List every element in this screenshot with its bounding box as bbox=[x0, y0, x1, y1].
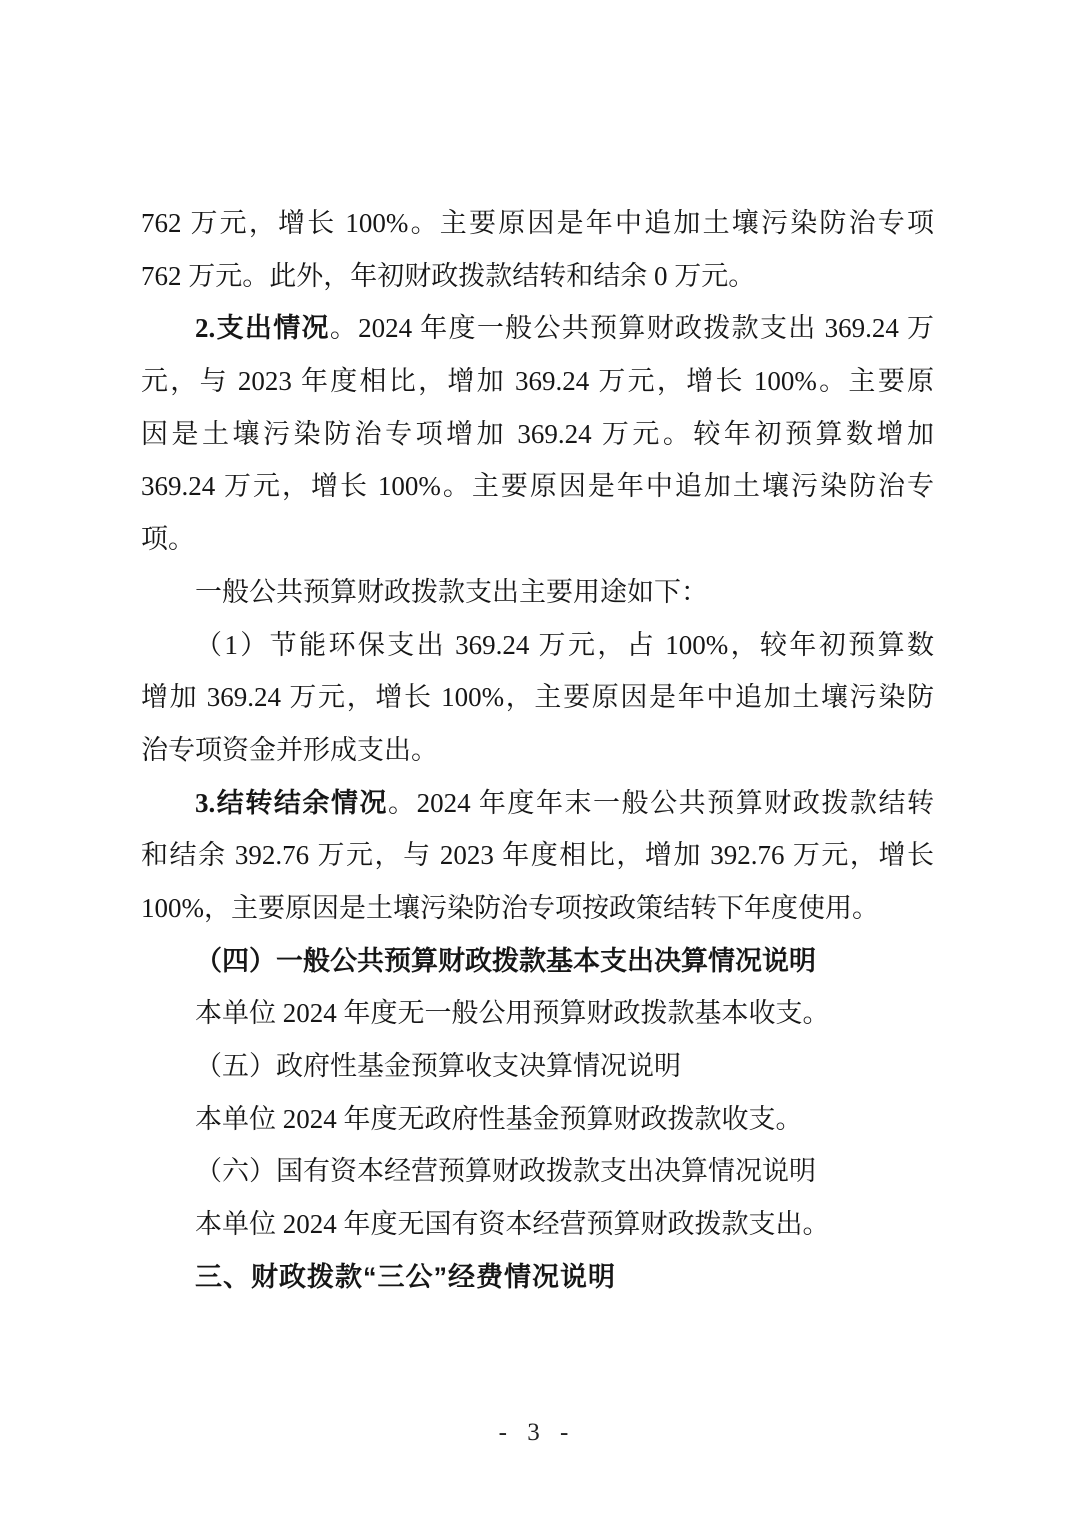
body-line: 因是土壤污染防治专项增加 369.24 万元。较年初预算数增加 bbox=[141, 408, 934, 461]
body-line-text: 。2024 年度一般公共预算财政拨款支出 369.24 万 bbox=[330, 313, 934, 343]
section-heading-5: （五）政府性基金预算收支决算情况说明 bbox=[141, 1040, 934, 1093]
body-line: 元，与 2023 年度相比，增加 369.24 万元，增长 100%。主要原 bbox=[141, 355, 934, 408]
body-line: 762 万元，增长 100%。主要原因是年中追加土壤污染防治专项 bbox=[141, 197, 934, 250]
body-line: 100%，主要原因是土壤污染防治专项按政策结转下年度使用。 bbox=[141, 882, 934, 935]
body-line: 369.24 万元，增长 100%。主要原因是年中追加土壤污染防治专 bbox=[141, 460, 934, 513]
body-line: 和结余 392.76 万元，与 2023 年度相比，增加 392.76 万元，增… bbox=[141, 829, 934, 882]
body-line: 本单位 2024 年度无政府性基金预算财政拨款收支。 bbox=[141, 1093, 934, 1146]
body-line-item-1: （1）节能环保支出 369.24 万元，占 100%，较年初预算数 bbox=[141, 619, 934, 672]
document-body: 762 万元，增长 100%。主要原因是年中追加土壤污染防治专项 762 万元。… bbox=[141, 197, 934, 1303]
body-line-uses-intro: 一般公共预算财政拨款支出主要用途如下： bbox=[141, 566, 934, 619]
body-line: 本单位 2024 年度无一般公用预算财政拨款基本收支。 bbox=[141, 987, 934, 1040]
subsection-title-carryover: 3.结转结余情况 bbox=[195, 788, 388, 818]
body-line: 本单位 2024 年度无国有资本经营预算财政拨款支出。 bbox=[141, 1198, 934, 1251]
section-heading-6: （六）国有资本经营预算财政拨款支出决算情况说明 bbox=[141, 1145, 934, 1198]
section-heading-4: （四）一般公共预算财政拨款基本支出决算情况说明 bbox=[141, 935, 934, 988]
body-line-text: 。2024 年度年末一般公共预算财政拨款结转 bbox=[388, 788, 934, 818]
section-heading-three-public-funds: 三、财政拨款“三公”经费情况说明 bbox=[141, 1251, 934, 1304]
body-line: 增加 369.24 万元，增长 100%，主要原因是年中追加土壤污染防 bbox=[141, 671, 934, 724]
subsection-title-expenditure: 2.支出情况 bbox=[195, 313, 330, 343]
body-line: 762 万元。此外，年初财政拨款结转和结余 0 万元。 bbox=[141, 250, 934, 303]
body-line: 项。 bbox=[141, 513, 934, 566]
page-number: - 3 - bbox=[0, 1419, 1074, 1447]
paragraph-expenditure-start: 2.支出情况。2024 年度一般公共预算财政拨款支出 369.24 万 bbox=[141, 302, 934, 355]
paragraph-carryover-start: 3.结转结余情况。2024 年度年末一般公共预算财政拨款结转 bbox=[141, 777, 934, 830]
document-page: 762 万元，增长 100%。主要原因是年中追加土壤污染防治专项 762 万元。… bbox=[0, 0, 1074, 1520]
body-line: 治专项资金并形成支出。 bbox=[141, 724, 934, 777]
